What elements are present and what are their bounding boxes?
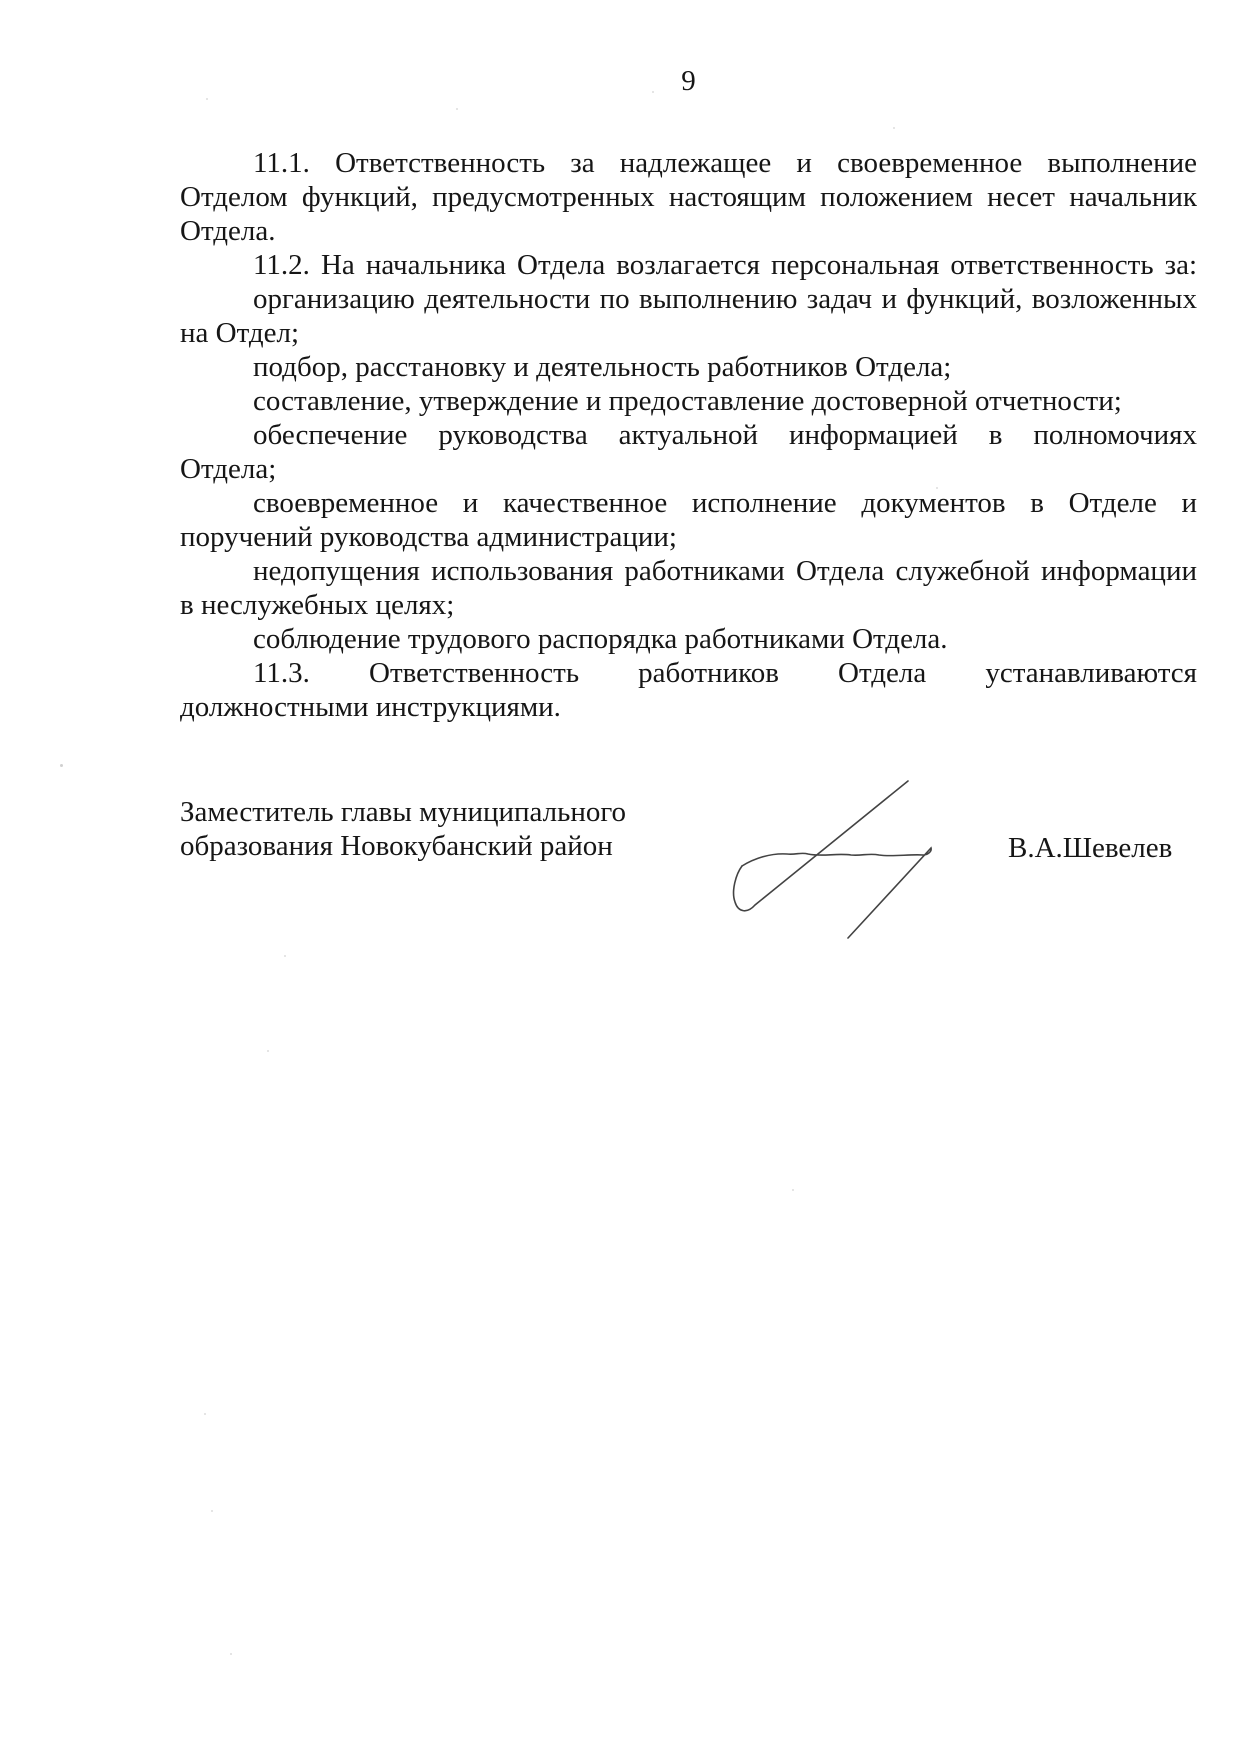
scan-speck xyxy=(936,487,938,489)
handwritten-signature xyxy=(705,752,945,952)
body-line: организацию деятельности по выполнению з… xyxy=(180,282,1197,316)
signatory-title: Заместитель главы муниципального образов… xyxy=(180,795,626,863)
scan-speck xyxy=(893,127,895,129)
body-line: обеспечение руководства актуальной инфор… xyxy=(180,418,1197,452)
signatory-title-line-2: образования Новокубанский район xyxy=(180,829,626,863)
scan-speck xyxy=(211,1510,213,1512)
body-line: поручений руководства администрации; xyxy=(180,520,1197,554)
body-line: составление, утверждение и предоставлени… xyxy=(180,384,1197,418)
scan-speck xyxy=(204,1413,206,1415)
scan-speck xyxy=(456,108,458,110)
body-line: Отдела. xyxy=(180,214,1197,248)
scan-speck xyxy=(230,1653,232,1655)
scan-speck xyxy=(267,1050,269,1052)
body-line: подбор, расстановку и деятельность работ… xyxy=(180,350,1197,384)
body-line: недопущения использования работниками От… xyxy=(180,554,1197,588)
scan-speck xyxy=(652,91,654,93)
scan-speck xyxy=(284,955,286,957)
body-line: должностными инструкциями. xyxy=(180,690,1197,724)
scan-speck xyxy=(60,764,63,767)
page-number: 9 xyxy=(180,64,1197,98)
scan-speck xyxy=(206,98,208,100)
document-page: 9 11.1. Ответственность за надлежащее и … xyxy=(0,0,1240,1755)
body-line: Отделом функций, предусмотренных настоящ… xyxy=(180,180,1197,214)
signatory-name: В.А.Шевелев xyxy=(1008,831,1172,865)
body-line: своевременное и качественное исполнение … xyxy=(180,486,1197,520)
signatory-title-line-1: Заместитель главы муниципального xyxy=(180,795,626,829)
body-line: 11.3. Ответственность работников Отдела … xyxy=(180,656,1197,690)
scan-speck xyxy=(792,1189,794,1191)
body-line: 11.2. На начальника Отдела возлагается п… xyxy=(180,248,1197,282)
body-line: Отдела; xyxy=(180,452,1197,486)
body-line: на Отдел; xyxy=(180,316,1197,350)
body-line: в неслужебных целях; xyxy=(180,588,1197,622)
body-line: соблюдение трудового распорядка работник… xyxy=(180,622,1197,656)
document-body: 11.1. Ответственность за надлежащее и св… xyxy=(180,146,1197,724)
body-line: 11.1. Ответственность за надлежащее и св… xyxy=(180,146,1197,180)
